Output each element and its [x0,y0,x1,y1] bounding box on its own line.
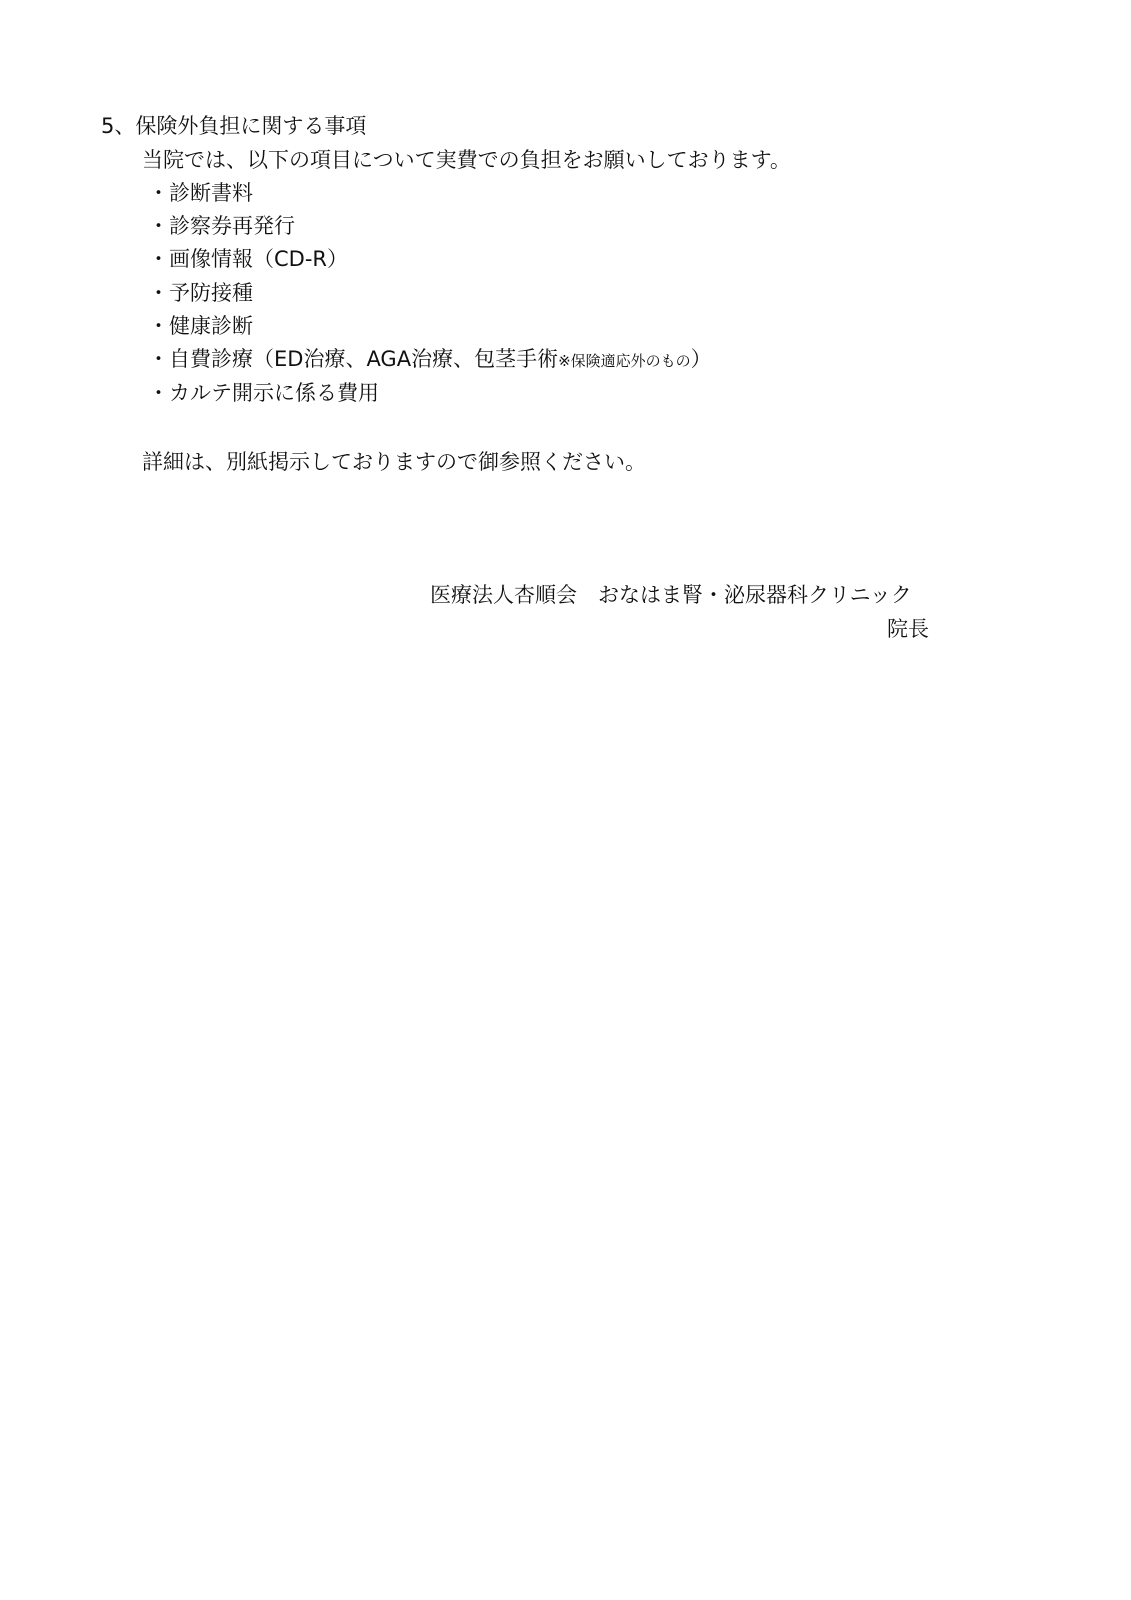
list-item-note: ※保険適応外のもの [558,352,691,370]
list-item-suffix: ） [691,347,712,371]
list-item: ・カルテ開示に係る費用 [148,380,379,406]
detail-note: 詳細は、別紙掲示しておりますので御参照ください。 [142,449,646,475]
signature-organization: 医療法人杏順会 おなはま腎・泌尿器科クリニック [430,582,912,608]
list-item: ・診察券再発行 [148,213,295,239]
list-item: ・予防接種 [148,280,253,306]
list-item: ・自費診療（ED治療、AGA治療、包茎手術※保険適応外のもの） [148,346,712,374]
signature-title: 院長 [887,616,929,642]
list-item: ・健康診断 [148,313,253,339]
list-item: ・画像情報（CD-R） [148,246,348,272]
list-item-label: ・自費診療（ED治療、AGA治療、包茎手術 [148,347,558,371]
section-intro: 当院では、以下の項目について実費での負担をお願いしております。 [142,147,791,173]
list-item: ・診断書料 [148,180,253,206]
section-heading: 5、保険外負担に関する事項 [101,113,366,139]
